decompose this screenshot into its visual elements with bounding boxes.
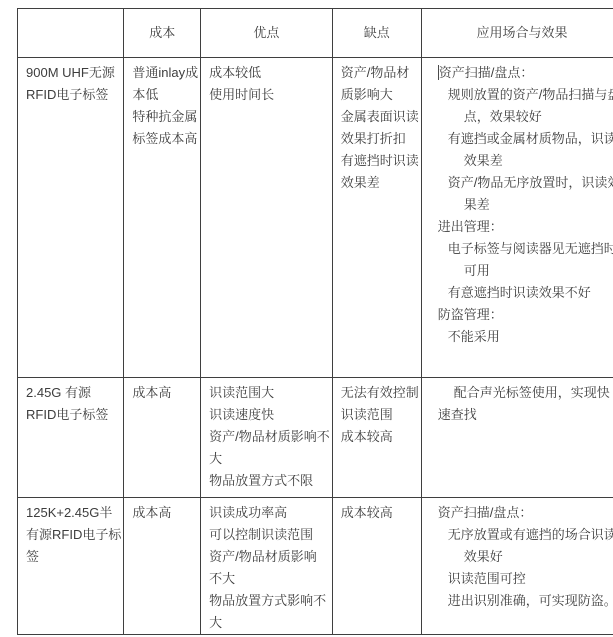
text-line: 电子标签与阅读器见无遮挡时	[430, 238, 613, 260]
column-header-cost: 成本	[124, 9, 201, 58]
text-cursor-caret	[438, 65, 439, 80]
text-line: 2.45G 有源	[26, 382, 121, 404]
text-line: 可以控制识读范围	[209, 524, 330, 546]
text-line: 识读成功率高	[209, 502, 330, 524]
text-line: 大	[209, 448, 330, 470]
document-page: 成本 优点 缺点 应用场合与效果 900M UHF无源RFID电子标签 普通in…	[0, 0, 613, 637]
text-line: 识读范围大	[209, 382, 330, 404]
cell-245g-application[interactable]: 配合声光标签使用，实现快速查找	[421, 378, 613, 498]
cell-900m-cons[interactable]: 资产/物品材质影响大金属表面识读效果打折扣有遮挡时识读效果差	[332, 58, 421, 378]
column-header-blank	[18, 9, 124, 58]
text-line: 识读范围可控	[430, 568, 613, 590]
text-line: 特种抗金属	[132, 106, 198, 128]
column-header-cons: 缺点	[332, 9, 421, 58]
text-line: 资产/物品无序放置时，识读效	[430, 172, 613, 194]
cell-245g-cons[interactable]: 无法有效控制识读范围成本较高	[332, 378, 421, 498]
text-line: 识读速度快	[209, 404, 330, 426]
table-row-900m-uhf: 900M UHF无源RFID电子标签 普通inlay成本低特种抗金属标签成本高 …	[18, 58, 613, 378]
text-line: 资产/物品材	[341, 62, 419, 84]
text-line: 点，效果较好	[430, 106, 613, 128]
text-line: 125K+2.45G半	[26, 502, 121, 524]
cell-900m-application[interactable]: 资产扫描/盘点：规则放置的资产/物品扫描与盘点，效果较好有遮挡或金属材质物品，识…	[421, 58, 613, 378]
text-line: 可用	[430, 260, 613, 282]
table-row-125k-semi-active: 125K+2.45G半有源RFID电子标签 成本高 识读成功率高可以控制识读范围…	[18, 498, 613, 635]
text-line: 900M UHF无源	[26, 62, 121, 84]
text-line: 标签成本高	[132, 128, 198, 150]
text-line: 有遮挡时识读	[341, 150, 419, 172]
text-line: 无法有效控制	[341, 382, 419, 404]
cell-125k-application[interactable]: 资产扫描/盘点：无序放置或有遮挡的场合识读效果好识读范围可控进出识别准确，可实现…	[421, 498, 613, 635]
table-row-245g-active: 2.45G 有源RFID电子标签 成本高 识读范围大识读速度快资产/物品材质影响…	[18, 378, 613, 498]
text-line: 有意遮挡时识读效果不好	[430, 282, 613, 304]
text-line: 效果差	[341, 172, 419, 194]
rfid-comparison-table: 成本 优点 缺点 应用场合与效果 900M UHF无源RFID电子标签 普通in…	[17, 8, 613, 635]
text-line: 资产扫描/盘点：	[430, 62, 613, 84]
text-line: 效果打折扣	[341, 128, 419, 150]
text-line: 使用时间长	[209, 84, 330, 106]
text-line: 大	[209, 612, 330, 634]
text-line: RFID电子标签	[26, 84, 121, 106]
cell-245g-cost[interactable]: 成本高	[124, 378, 201, 498]
cell-900m-cost[interactable]: 普通inlay成本低特种抗金属标签成本高	[124, 58, 201, 378]
cell-125k-cons[interactable]: 成本较高	[332, 498, 421, 635]
cell-125k-cost[interactable]: 成本高	[124, 498, 201, 635]
text-line: 不大	[209, 568, 330, 590]
text-line: 成本高	[132, 502, 198, 524]
text-line: 防盗管理：	[430, 304, 613, 326]
text-line: 金属表面识读	[341, 106, 419, 128]
text-line: 果差	[430, 194, 613, 216]
text-line: 进出管理：	[430, 216, 613, 238]
cell-245g-pros[interactable]: 识读范围大识读速度快资产/物品材质影响不大物品放置方式不限	[201, 378, 333, 498]
text-line: 规则放置的资产/物品扫描与盘	[430, 84, 613, 106]
text-line: 速查找	[430, 404, 613, 426]
header-row: 成本 优点 缺点 应用场合与效果	[18, 9, 613, 58]
text-line: 效果差	[430, 150, 613, 172]
cell-125k-pros[interactable]: 识读成功率高可以控制识读范围资产/物品材质影响不大物品放置方式影响不大	[201, 498, 333, 635]
cell-900m-label[interactable]: 900M UHF无源RFID电子标签	[18, 58, 124, 378]
text-line: 资产/物品材质影响	[209, 546, 330, 568]
text-line: 识读范围	[341, 404, 419, 426]
text-line: 资产/物品材质影响不	[209, 426, 330, 448]
column-header-pros: 优点	[201, 9, 333, 58]
text-line: 有遮挡或金属材质物品，识读	[430, 128, 613, 150]
text-line: 资产扫描/盘点：	[430, 502, 613, 524]
cell-245g-label[interactable]: 2.45G 有源RFID电子标签	[18, 378, 124, 498]
text-line: 普通inlay成	[132, 62, 198, 84]
text-line: 进出识别准确，可实现防盗。	[430, 590, 613, 612]
text-line: 成本较低	[209, 62, 330, 84]
text-line: 成本高	[132, 382, 198, 404]
text-line: 质影响大	[341, 84, 419, 106]
text-line: 无序放置或有遮挡的场合识读	[430, 524, 613, 546]
cell-900m-pros[interactable]: 成本较低使用时间长	[201, 58, 333, 378]
text-line: 成本较高	[341, 502, 419, 524]
column-header-application: 应用场合与效果	[421, 9, 613, 58]
text-line: 有源RFID电子标	[26, 524, 121, 546]
text-line: 效果好	[430, 546, 613, 568]
cell-125k-label[interactable]: 125K+2.45G半有源RFID电子标签	[18, 498, 124, 635]
text-line: 配合声光标签使用，实现快	[430, 382, 613, 404]
text-line: 物品放置方式影响不	[209, 590, 330, 612]
text-line: 不能采用	[430, 326, 613, 348]
text-line: RFID电子标签	[26, 404, 121, 426]
text-line: 签	[26, 546, 121, 568]
text-line: 成本较高	[341, 426, 419, 448]
text-line: 本低	[132, 84, 198, 106]
text-line: 物品放置方式不限	[209, 470, 330, 492]
